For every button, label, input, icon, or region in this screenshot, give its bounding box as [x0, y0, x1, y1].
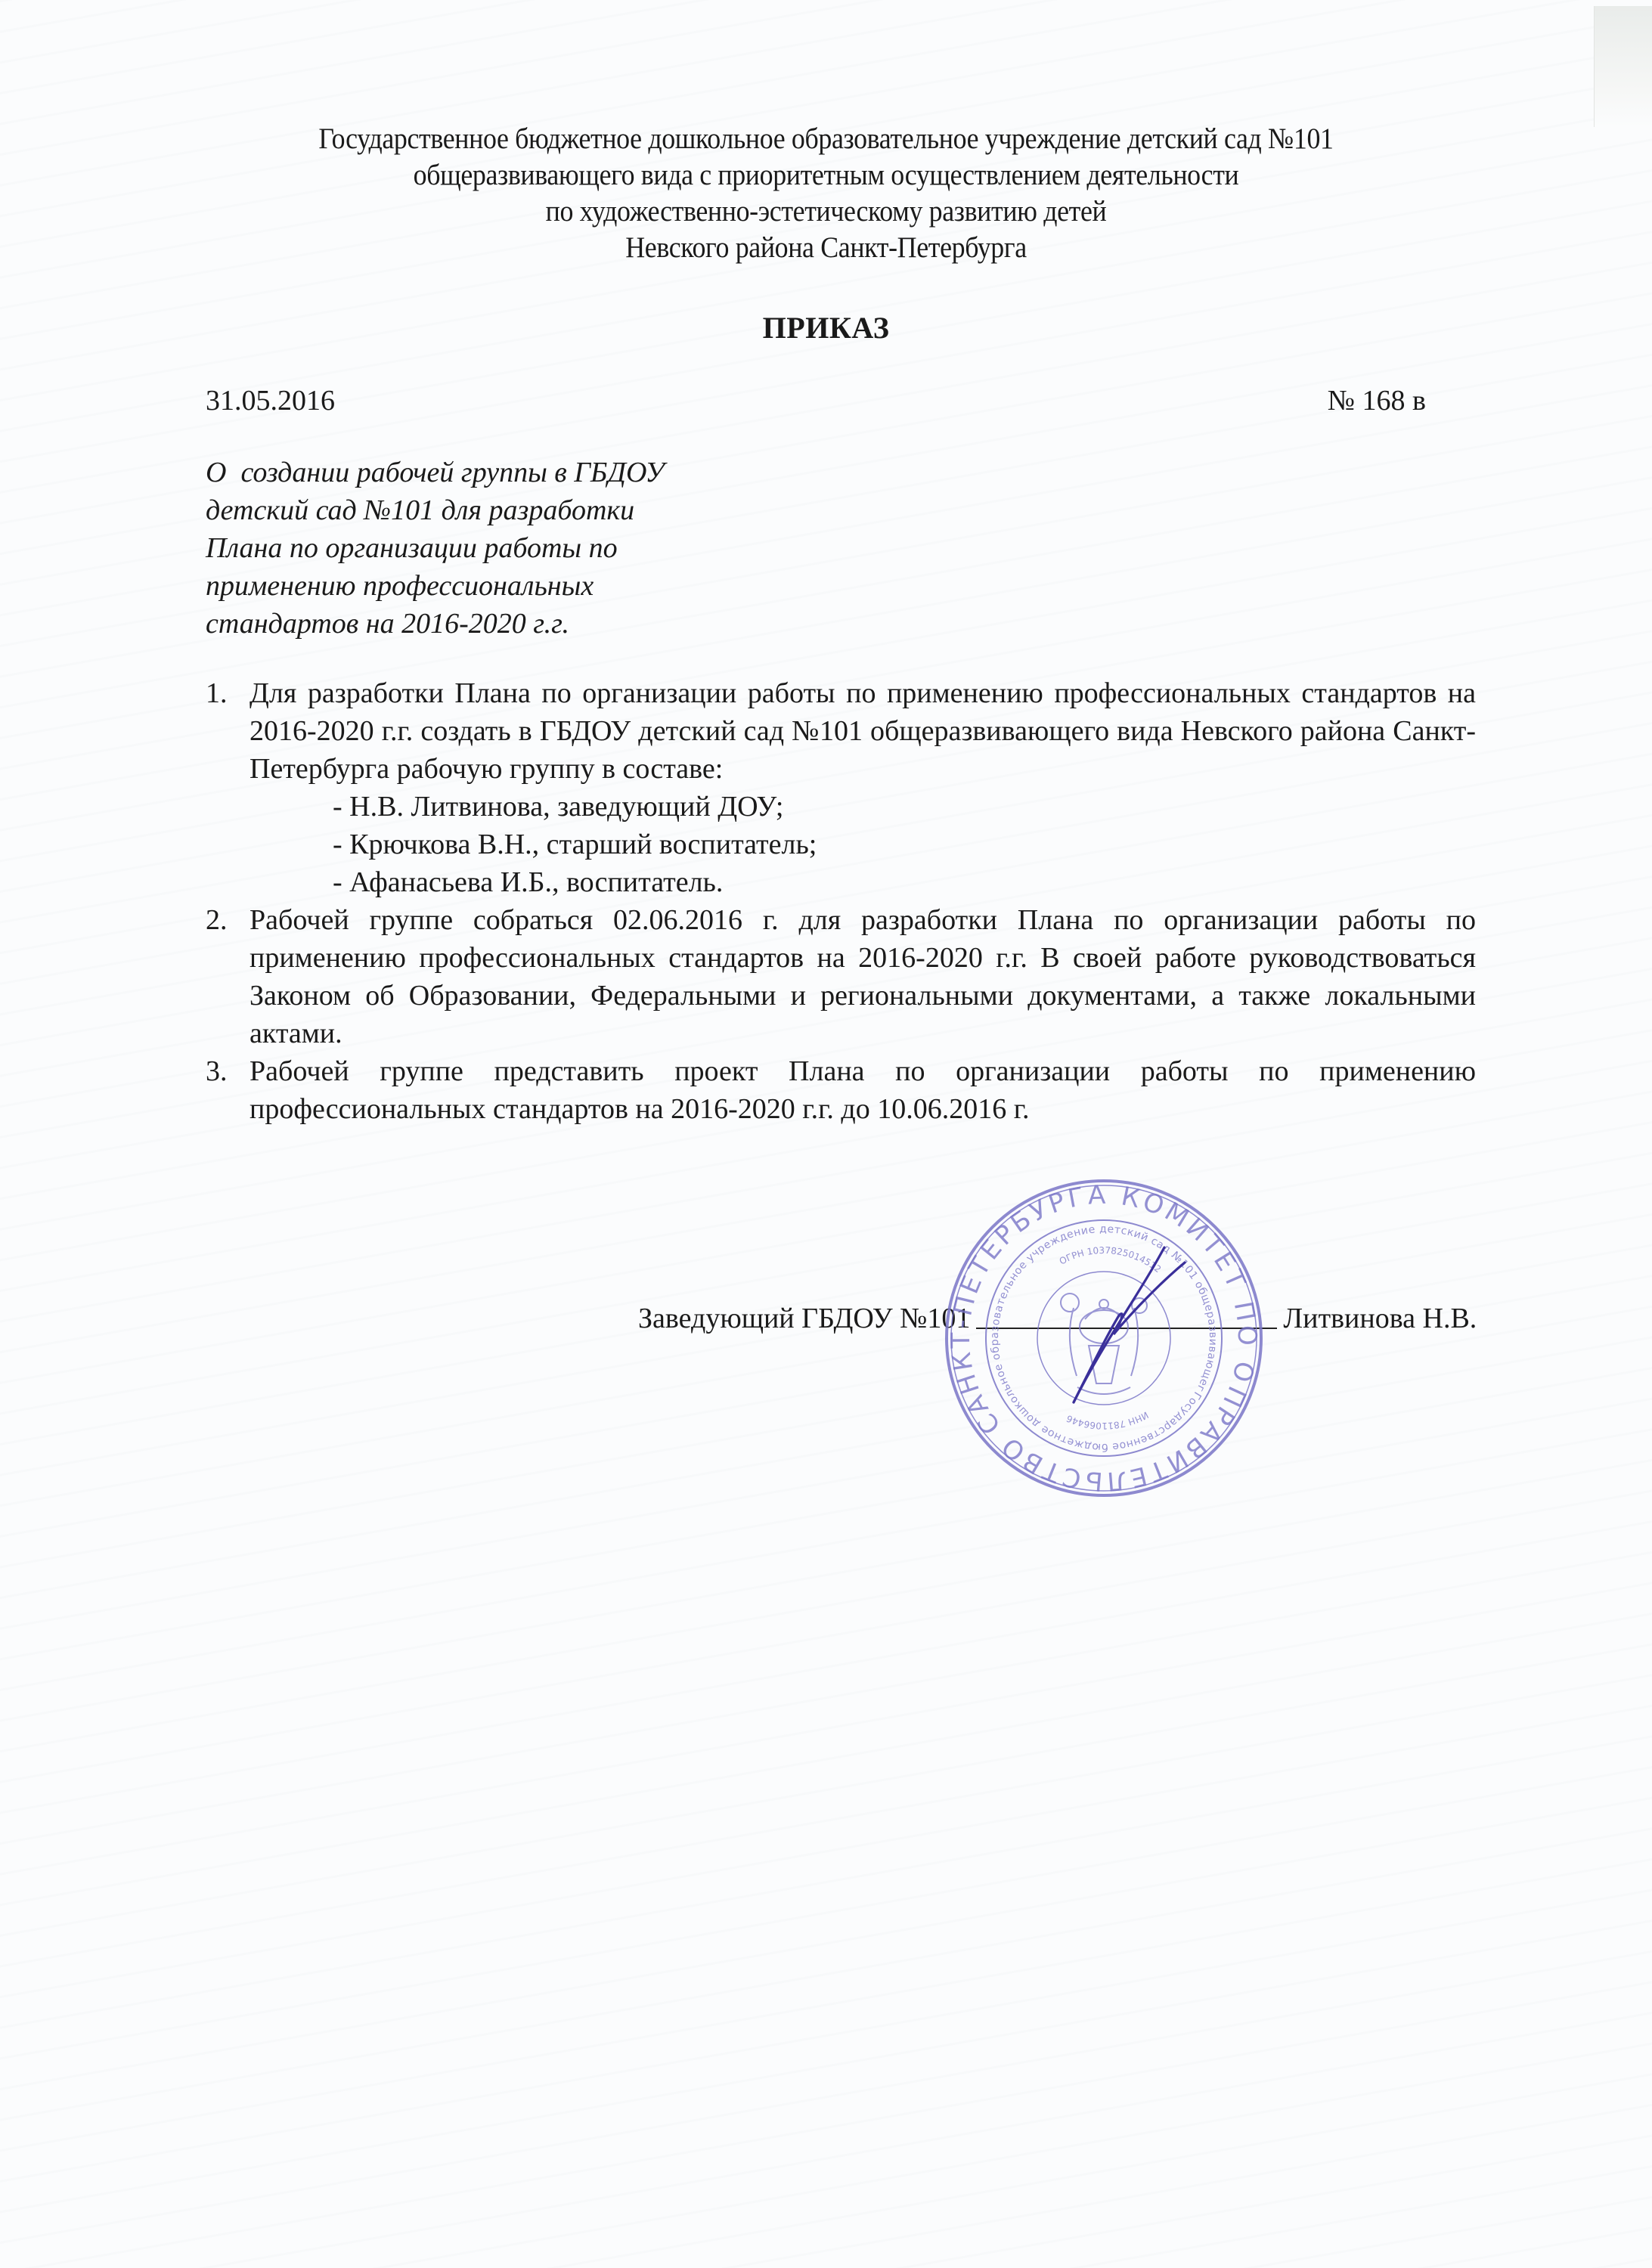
group-member: - Н.В. Литвинова, заведующий ДОУ; — [250, 788, 1476, 826]
svg-text:Государственное бюджетное дошк: Государственное бюджетное дошкольное обр… — [941, 1181, 1266, 1501]
signatory-name: Литвинова Н.В. — [1283, 1302, 1477, 1335]
header-line: Государственное бюджетное дошкольное обр… — [66, 121, 1585, 157]
order-number: 3. — [206, 1052, 250, 1128]
header-line: по художественно-эстетическому развитию … — [66, 194, 1585, 230]
order-item-3: 3. Рабочей группе представить проект Пла… — [206, 1052, 1476, 1128]
official-stamp-icon: ПРАВИТЕЛЬСТВО САНКТ-ПЕТЕРБУРГА КОМИТЕТ П… — [941, 1176, 1266, 1501]
stamp-inner-text: Государственное бюджетное дошкольное обр… — [941, 1181, 1266, 1501]
svg-text:ПРАВИТЕЛЬСТВО САНКТ-ПЕТЕРБУРГА: ПРАВИТЕЛЬСТВО САНКТ-ПЕТЕРБУРГА КОМИТЕТ П… — [941, 1176, 1266, 1501]
document-title: ПРИКАЗ — [0, 310, 1652, 345]
subject-line: стандартов на 2016-2020 г.г. — [206, 605, 750, 643]
order-number: 2. — [206, 901, 250, 1052]
group-member: - Афанасьева И.Б., воспитатель. — [250, 863, 1476, 901]
svg-text:ОГРН 1037825014512: ОГРН 1037825014512 — [1057, 1214, 1165, 1314]
order-number: 1. — [206, 674, 250, 901]
document-subject: О создании рабочей группы в ГБДОУ детски… — [206, 454, 750, 643]
header-line: общеразвивающего вида с приоритетным осу… — [66, 157, 1585, 194]
order-text: Рабочей группе собраться 02.06.2016 г. д… — [250, 901, 1476, 1052]
stamp-inn: ИНН 7811066446 — [1062, 1379, 1151, 1457]
group-member: - Крючкова В.Н., старший воспитатель; — [250, 826, 1476, 863]
document-date: 31.05.2016 — [206, 384, 335, 417]
stamp-outer-text: ПРАВИТЕЛЬСТВО САНКТ-ПЕТЕРБУРГА КОМИТЕТ П… — [941, 1176, 1266, 1501]
document-meta: 31.05.2016 № 168 в — [206, 384, 1426, 417]
subject-line: О создании рабочей группы в ГБДОУ — [206, 454, 750, 491]
signature-line — [976, 1327, 1277, 1329]
subject-line: Плана по организации работы по — [206, 529, 750, 567]
document-number: № 168 в — [1328, 384, 1426, 417]
signatory-position: Заведующий ГБДОУ №101 — [638, 1302, 970, 1335]
svg-text:ИНН 7811066446: ИНН 7811066446 — [1062, 1379, 1151, 1457]
scanned-page-edge — [1594, 6, 1652, 127]
header-line: Невского района Санкт-Петербурга — [66, 230, 1585, 266]
organization-header: Государственное бюджетное дошкольное обр… — [0, 121, 1652, 266]
subject-line: детский сад №101 для разработки — [206, 491, 750, 529]
order-item-2: 2. Рабочей группе собраться 02.06.2016 г… — [206, 901, 1476, 1052]
order-item-1: 1. Для разработки Плана по организации р… — [206, 674, 1476, 901]
subject-line: применению профессиональных — [206, 567, 750, 605]
order-text: Рабочей группе представить проект Плана … — [250, 1052, 1476, 1128]
signature-block: Заведующий ГБДОУ №101 Литвинова Н.В. — [638, 1302, 1477, 1335]
order-text: Для разработки Плана по организации рабо… — [250, 674, 1476, 788]
order-list: 1. Для разработки Плана по организации р… — [206, 674, 1476, 1128]
order-body: Для разработки Плана по организации рабо… — [250, 674, 1476, 901]
stamp-ogrn: ОГРН 1037825014512 — [1057, 1214, 1165, 1314]
